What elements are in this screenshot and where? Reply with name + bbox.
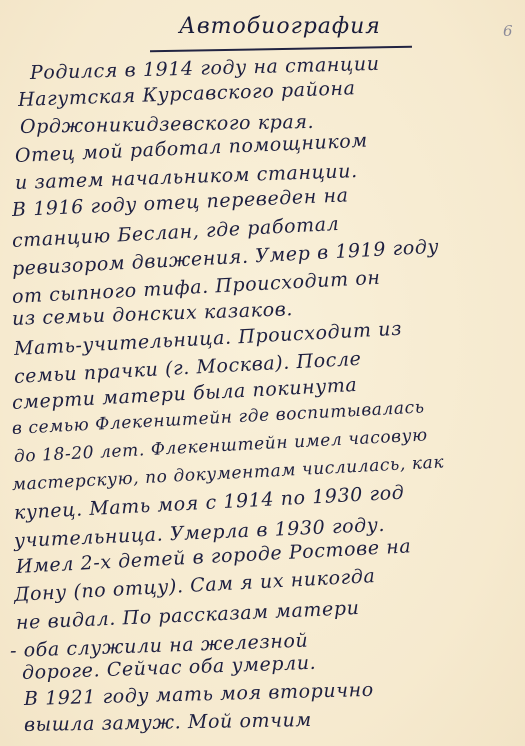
- page-number: 6: [503, 22, 513, 40]
- text-line: вышла замуж. Мой отчим: [24, 709, 312, 736]
- title-underline: [150, 46, 412, 53]
- text-line: В 1921 году мать моя вторично: [24, 679, 374, 710]
- document-page: 6 Автобиография Родился в 1914 году на с…: [0, 0, 525, 746]
- document-title: Автобиография: [150, 14, 410, 39]
